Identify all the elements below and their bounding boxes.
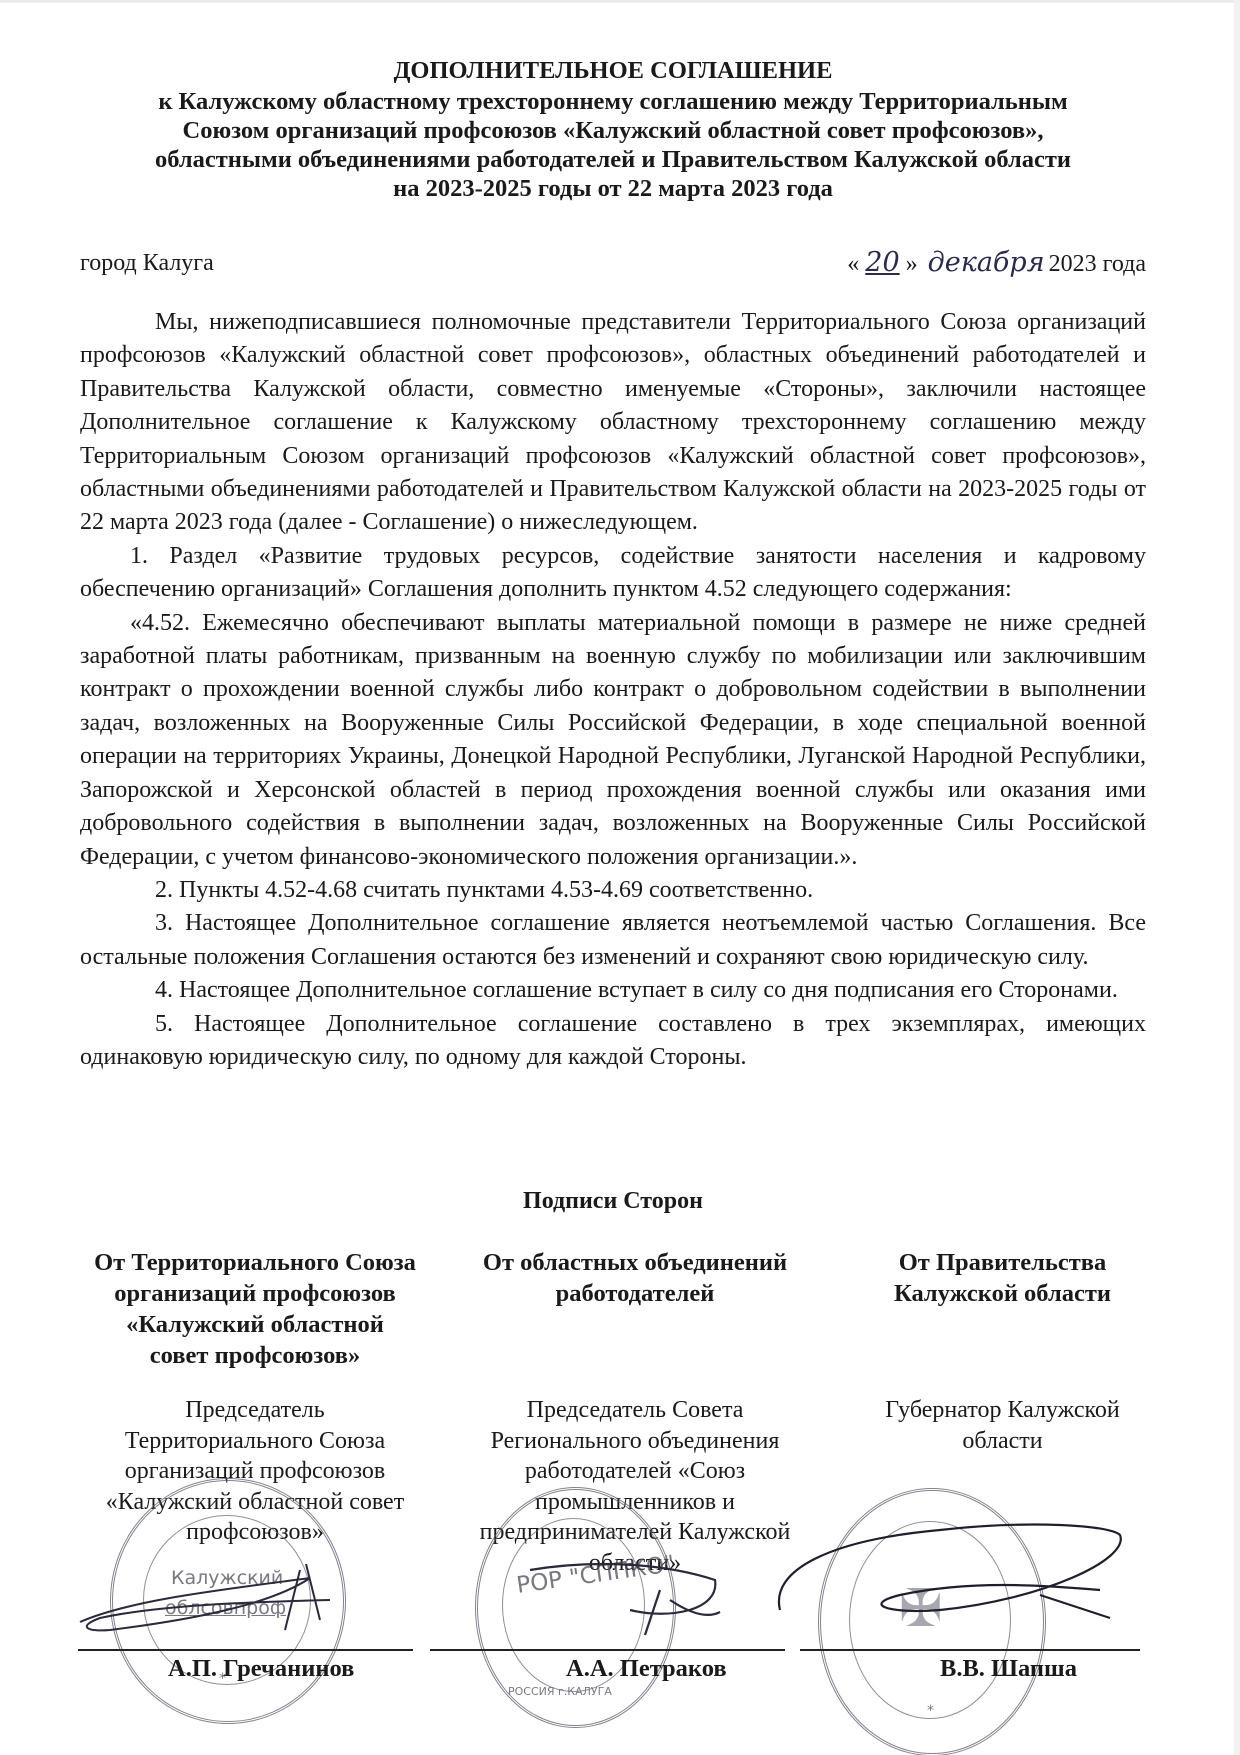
signatory-name: В.В. Шапша <box>940 1655 1077 1683</box>
title-line: к Калужскому областному трехстороннему с… <box>80 87 1146 116</box>
signatory-name: А.А. Петраков <box>566 1655 727 1683</box>
clause-2: 2. Пункты 4.52-4.68 считать пунктами 4.5… <box>80 874 1146 907</box>
signature-scribble-shapsha <box>740 1490 1140 1650</box>
party-title: От Правительства Калужской области <box>855 1247 1150 1309</box>
open-quote: « <box>847 251 859 277</box>
signature-scribble-petrakov <box>510 1550 730 1640</box>
party-line: «Калужский областной <box>80 1309 430 1340</box>
title-heading: ДОПОЛНИТЕЛЬНОЕ СОГЛАШЕНИЕ <box>80 56 1146 85</box>
signature-line <box>78 1649 413 1651</box>
role-line: Председатель <box>80 1395 430 1426</box>
party-line: организаций профсоюзов <box>80 1278 430 1309</box>
signatures-heading: Подписи Сторон <box>80 1188 1146 1215</box>
role-line: Территориального Союза <box>80 1426 430 1457</box>
party-line: Калужской области <box>855 1278 1150 1309</box>
title-line: Союзом организаций профсоюзов «Калужский… <box>80 116 1146 145</box>
signing-date: «20» декабря2023 года <box>847 248 1146 279</box>
stamp-bottom-text: РОССИЯ г.КАЛУГА <box>508 1685 612 1698</box>
scan-top-edge <box>0 0 1240 3</box>
title-line: областными объединениями работодателей и… <box>80 145 1146 174</box>
signatory-role: Губернатор Калужской области <box>855 1395 1150 1456</box>
party-line: совет профсоюзов» <box>80 1340 430 1371</box>
clause-5: 5. Настоящее Дополнительное соглашение с… <box>80 1008 1146 1075</box>
scan-right-edge <box>1234 0 1240 1755</box>
role-line: Регионального объединения <box>465 1426 805 1457</box>
party-line: работодателей <box>465 1278 805 1309</box>
party-title: От Территориального Союза организаций пр… <box>80 1247 430 1371</box>
role-line: Председатель Совета <box>465 1395 805 1426</box>
year: 2023 года <box>1049 251 1146 277</box>
party-title: От областных объединений работодателей <box>465 1247 805 1309</box>
close-quote: » <box>906 251 918 277</box>
signature-block-government: От Правительства Калужской области Губер… <box>855 1247 1150 1309</box>
document-title: ДОПОЛНИТЕЛЬНОЕ СОГЛАШЕНИЕ к Калужскому о… <box>80 56 1146 203</box>
signature-line <box>430 1649 785 1651</box>
clause-4-52-quote: «4.52. Ежемесячно обеспечивают выплаты м… <box>80 607 1146 874</box>
role-line: Губернатор Калужской <box>855 1395 1150 1426</box>
city: город Калуга <box>80 248 214 278</box>
handwritten-month: декабря <box>924 247 1049 278</box>
stamp-star: * <box>927 1703 934 1719</box>
role-line: области <box>855 1426 1150 1457</box>
signatory-name: А.П. Гречанинов <box>168 1655 354 1683</box>
signature-block-employers: От областных объединений работодателей П… <box>465 1247 805 1309</box>
preamble-paragraph: Мы, нижеподписавшиеся полномочные предст… <box>80 306 1146 540</box>
role-line: работодателей «Союз <box>465 1456 805 1487</box>
party-line: От Правительства <box>855 1247 1150 1278</box>
clause-4: 4. Настоящее Дополнительное соглашение в… <box>80 974 1146 1007</box>
clause-3: 3. Настоящее Дополнительное соглашение я… <box>80 907 1146 974</box>
clause-1: 1. Раздел «Развитие трудовых ресурсов, с… <box>80 540 1146 607</box>
party-line: От Территориального Союза <box>80 1247 430 1278</box>
signature-line <box>800 1649 1140 1651</box>
signature-scribble-grechaninov <box>70 1560 350 1640</box>
handwritten-day: 20 <box>859 247 905 278</box>
party-line: От областных объединений <box>465 1247 805 1278</box>
signature-block-trade-unions: От Территориального Союза организаций пр… <box>80 1247 430 1371</box>
document-body: Мы, нижеподписавшиеся полномочные предст… <box>80 306 1146 1074</box>
title-line: на 2023-2025 годы от 22 марта 2023 года <box>80 174 1146 203</box>
